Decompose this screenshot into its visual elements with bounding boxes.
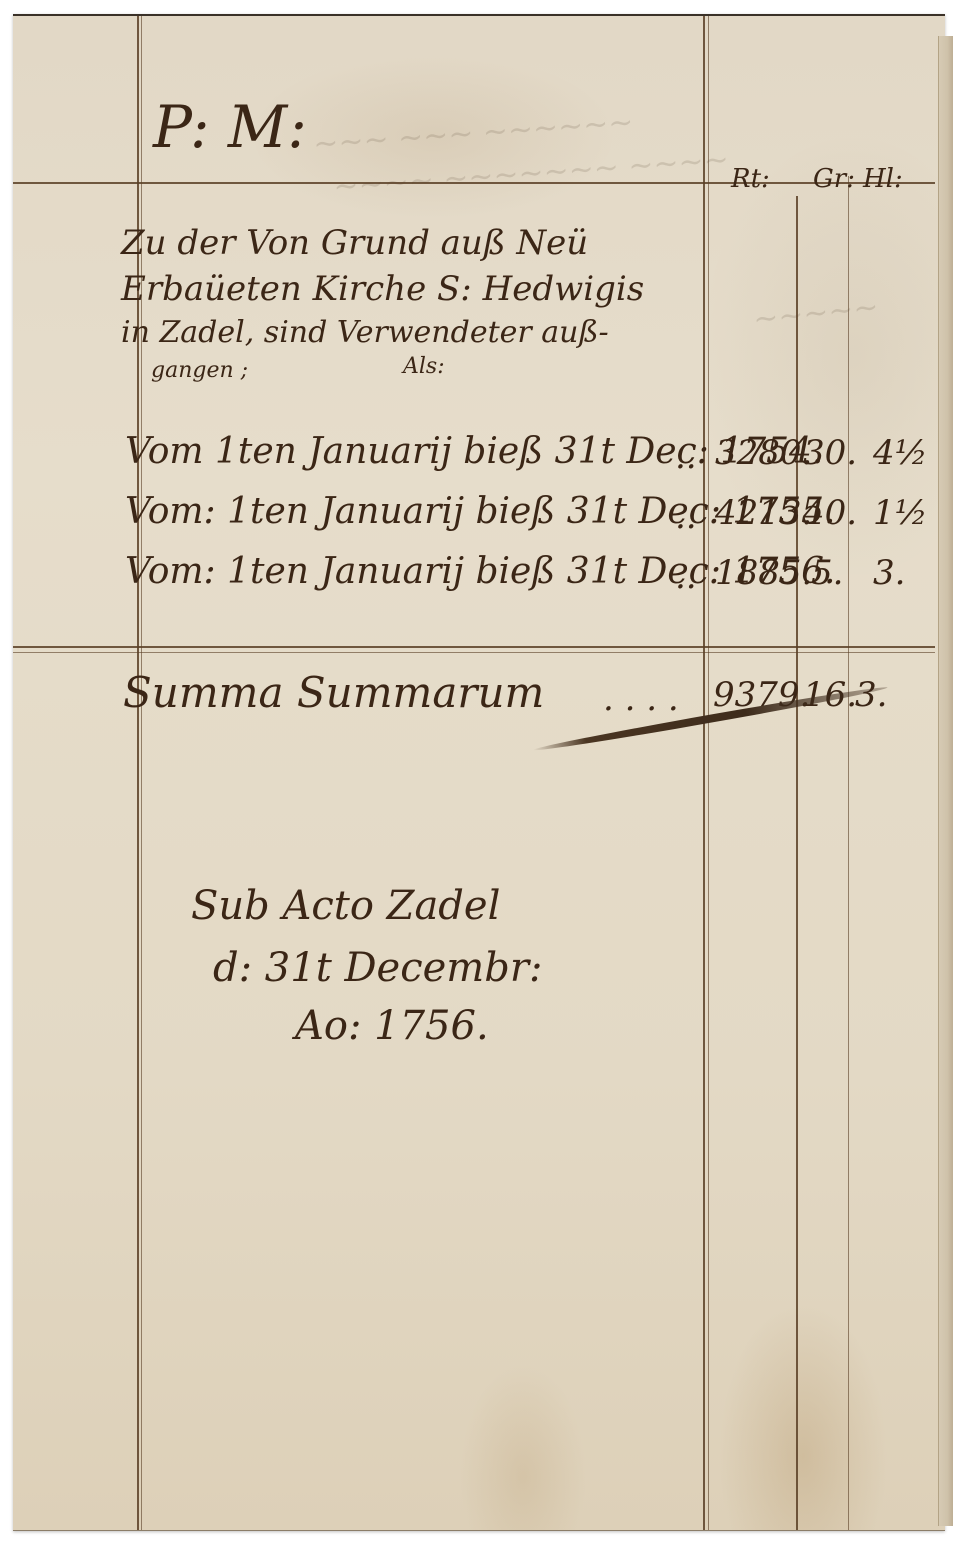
entry-row-3-gr: 5. xyxy=(811,556,843,590)
column-rule-rt xyxy=(703,16,705,1530)
entry-row-1-leader: .. xyxy=(675,440,697,474)
closing-line-3: Ao: 1756. xyxy=(295,1006,489,1046)
title-line-1: Zu der Von Grund auß Neü xyxy=(121,226,588,260)
entry-row-2-gr: 40. xyxy=(803,496,857,530)
closing-line-1: Sub Acto Zadel xyxy=(191,886,500,926)
entry-row-2-leader: .. xyxy=(675,500,697,534)
total-label: Summa Summarum xyxy=(123,672,544,714)
page-heading: P: M: xyxy=(153,98,307,156)
entry-row-2-rt: 4213. xyxy=(715,496,812,530)
header-rule xyxy=(13,182,935,184)
total-rule-2 xyxy=(13,652,935,653)
column-rule-hl xyxy=(848,176,849,1530)
closing-flourish-stroke xyxy=(532,684,888,754)
title-line-3: in Zadel, sind Verwendeter auß- xyxy=(121,318,609,348)
column-rule-gr xyxy=(796,196,798,1530)
entry-row-1-hl: 4½ xyxy=(873,436,928,470)
column-rule-rt-2 xyxy=(708,16,709,1530)
entry-row-1-gr: 30. xyxy=(803,436,857,470)
title-line-4: gangen ; xyxy=(151,360,248,382)
entry-row-3-rt: 1885. xyxy=(715,556,812,590)
bleed-through-text: ~~~~~ xyxy=(752,290,881,338)
closing-line-2: d: 31t Decembr: xyxy=(213,948,542,988)
column-header-gr: Gr: xyxy=(813,166,855,192)
page-spine-edge xyxy=(938,36,953,1526)
entry-row-1-rt: 3280. xyxy=(715,436,812,470)
column-header-hl: Hl: xyxy=(863,166,903,192)
column-header-rt: Rt: xyxy=(731,166,770,192)
total-leader: . . . . xyxy=(603,682,679,716)
entry-row-3-hl: 3. xyxy=(873,556,905,590)
als-label: Als: xyxy=(403,356,445,378)
title-line-2: Erbaüeten Kirche S: Hedwigis xyxy=(121,272,644,306)
entry-row-2-hl: 1½ xyxy=(873,496,928,530)
manuscript-page: ~~~ ~~~ ~~~~~~ ~~~~ ~~~~~~~ ~~~~ ~~~~~ P… xyxy=(13,14,945,1531)
entry-row-3-leader: .. xyxy=(675,560,697,594)
total-hl: 3. xyxy=(855,678,887,712)
total-rule-1 xyxy=(13,646,935,648)
